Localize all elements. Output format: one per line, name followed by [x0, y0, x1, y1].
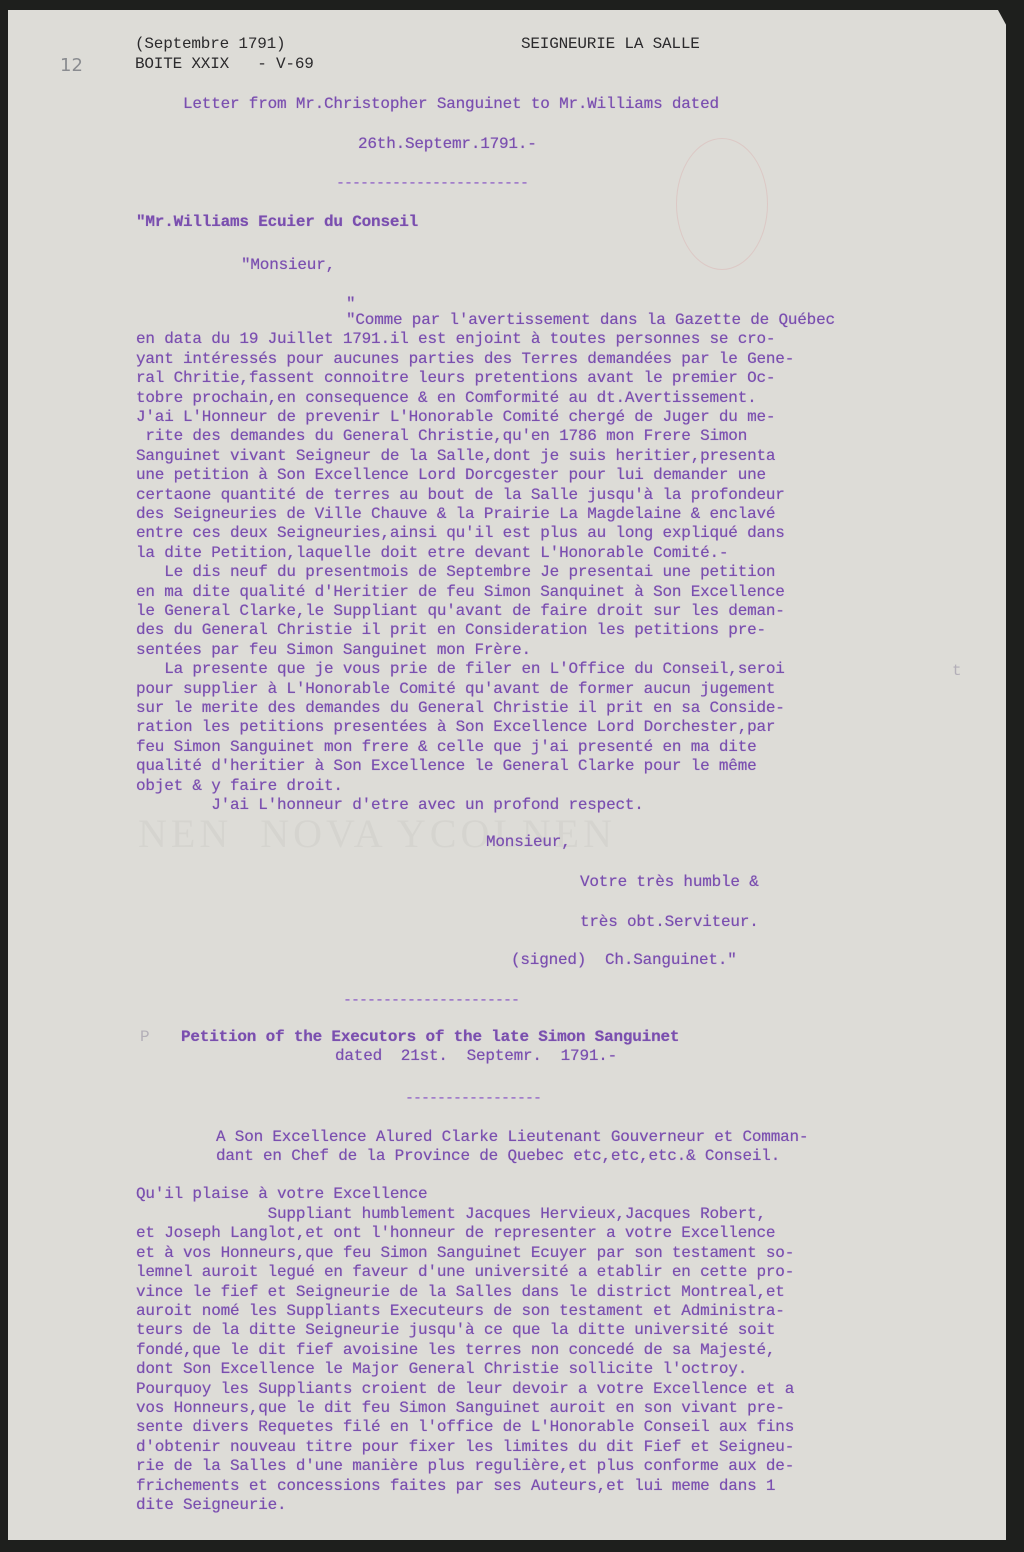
petition-opening: Qu'il plaise à votre Excellence — [136, 1185, 427, 1205]
letter-salutation: "Monsieur, — [241, 256, 335, 276]
letter-line: ral Chritie,fassent connoitre leurs pret… — [136, 369, 775, 389]
divider-rule: ------------------------ — [336, 175, 528, 192]
petition-line: lemnel auroit legué en faveur d'une univ… — [136, 1263, 794, 1283]
document-page: NEN NOVA YCOLNEN (Septembre 1791) BOITE … — [8, 10, 1006, 1540]
letter-line: J'ai L'Honneur de prevenir L'Honorable C… — [136, 408, 775, 428]
closing-line-2: très obt.Serviteur. — [580, 913, 759, 933]
letter-line: la dite Petition,laquelle doit etre deva… — [136, 544, 728, 564]
petition-date: dated 21st. Septemr. 1791.- — [335, 1047, 617, 1067]
letter-line: ration les petitions presentées à Son Ex… — [136, 718, 775, 738]
letter-line: des Seigneuries de Ville Chauve & la Pra… — [136, 505, 775, 525]
letter-line: le General Clarke,le Suppliant qu'avant … — [136, 602, 785, 622]
letter-line: "Comme par l'avertissement dans la Gazet… — [346, 311, 835, 331]
letter-line: des du General Christie il prit en Consi… — [136, 621, 766, 641]
petition-line: Suppliant humblement Jacques Hervieux,Ja… — [136, 1205, 766, 1225]
letter-line: J'ai L'honneur d'etre avec un profond re… — [136, 796, 644, 816]
letter-line: sentées par feu Simon Sanguinet mon Frèr… — [136, 641, 531, 661]
petition-line: dite Seigneurie. — [136, 1496, 286, 1516]
letter-line: rite des demandes du General Christie,qu… — [136, 427, 747, 447]
letter-line: pour supplier à L'Honorable Comité qu'av… — [136, 680, 775, 700]
petition-line: d'obtenir nouveau titre pour fixer les l… — [136, 1438, 794, 1458]
letter-line: Le dis neuf du presentmois de Septembre … — [136, 563, 775, 583]
letter-line: feu Simon Sanguinet mon frere & celle qu… — [136, 738, 757, 758]
petition-line: sente divers Requetes filé en l'office d… — [136, 1418, 794, 1438]
letter-line: entre ces deux Seigneuries,ainsi qu'il e… — [136, 524, 785, 544]
divider-rule: ---------------------- — [343, 992, 519, 1009]
closing-line-1: Votre très humble & — [580, 873, 759, 893]
letter-line: sur le merite des demandes du General Ch… — [136, 699, 785, 719]
petition-line: dont Son Excellence le Major General Chr… — [136, 1360, 747, 1380]
letter-line: qualité d'heritier à Son Excellence le G… — [136, 757, 757, 777]
letter-title: Letter from Mr.Christopher Sanguinet to … — [183, 95, 719, 115]
collection-title: SEIGNEURIE LA SALLE — [521, 35, 700, 55]
letter-line: tobre prochain,en consequence & en Comfo… — [136, 389, 757, 409]
petition-line: rie de la Salles d'une manière plus regu… — [136, 1457, 794, 1477]
petition-line: et à vos Honneurs,que feu Simon Sanguine… — [136, 1244, 794, 1264]
letter-line: certaone quantité de terres au bout de l… — [136, 486, 785, 506]
letter-line: en data du 19 Juillet 1791.il est enjoin… — [136, 330, 775, 350]
margin-letter: P — [140, 1028, 149, 1048]
petition-line: vos Honneurs,que le dit feu Simon Sangui… — [136, 1399, 785, 1419]
petition-address-2: dant en Chef de la Province de Quebec et… — [216, 1147, 780, 1167]
petition-title: Petition of the Executors of the late Si… — [181, 1028, 679, 1048]
letter-date: 26th.Septemr.1791.- — [358, 135, 537, 155]
petition-line: frichements et concessions faites par se… — [136, 1477, 775, 1497]
petition-line: vince le fief et Seigneurie de la Salles… — [136, 1283, 785, 1303]
faint-stamp — [676, 138, 768, 270]
petition-address-1: A Son Excellence Alured Clarke Lieutenan… — [216, 1128, 808, 1148]
letter-addressee: "Mr.Williams Ecuier du Conseil — [136, 213, 418, 233]
margin-number: 12 — [60, 55, 83, 76]
letter-line: objet & y faire droit. — [136, 777, 343, 797]
petition-line: fondé,que le dit fief avoisine les terre… — [136, 1341, 775, 1361]
signature: (signed) Ch.Sanguinet." — [511, 951, 737, 971]
letter-line: une petition à Son Excellence Lord Dorcg… — [136, 466, 766, 486]
date-reference: (Septembre 1791) — [135, 35, 285, 55]
petition-line: et Joseph Langlot,et ont l'honneur de re… — [136, 1224, 775, 1244]
letter-line: en ma dite qualité d'Heritier de feu Sim… — [136, 583, 785, 603]
petition-line: auroit nomé les Suppliants Executeurs de… — [136, 1302, 785, 1322]
margin-mark: t — [952, 662, 961, 682]
petition-line: teurs de la ditte Seigneurie jusqu'à ce … — [136, 1321, 775, 1341]
letter-line: Sanguinet vivant Seigneur de la Salle,do… — [136, 447, 775, 467]
petition-line: Pourquoy les Suppliants croient de leur … — [136, 1380, 794, 1400]
box-reference: BOITE XXIX - V-69 — [135, 55, 314, 75]
closing-monsieur: Monsieur, — [486, 833, 571, 853]
letter-line: La presente que je vous prie de filer en… — [136, 660, 785, 680]
letter-line: yant intéressés pour aucunes parties des… — [136, 350, 794, 370]
divider-rule: ----------------- — [405, 1090, 541, 1107]
